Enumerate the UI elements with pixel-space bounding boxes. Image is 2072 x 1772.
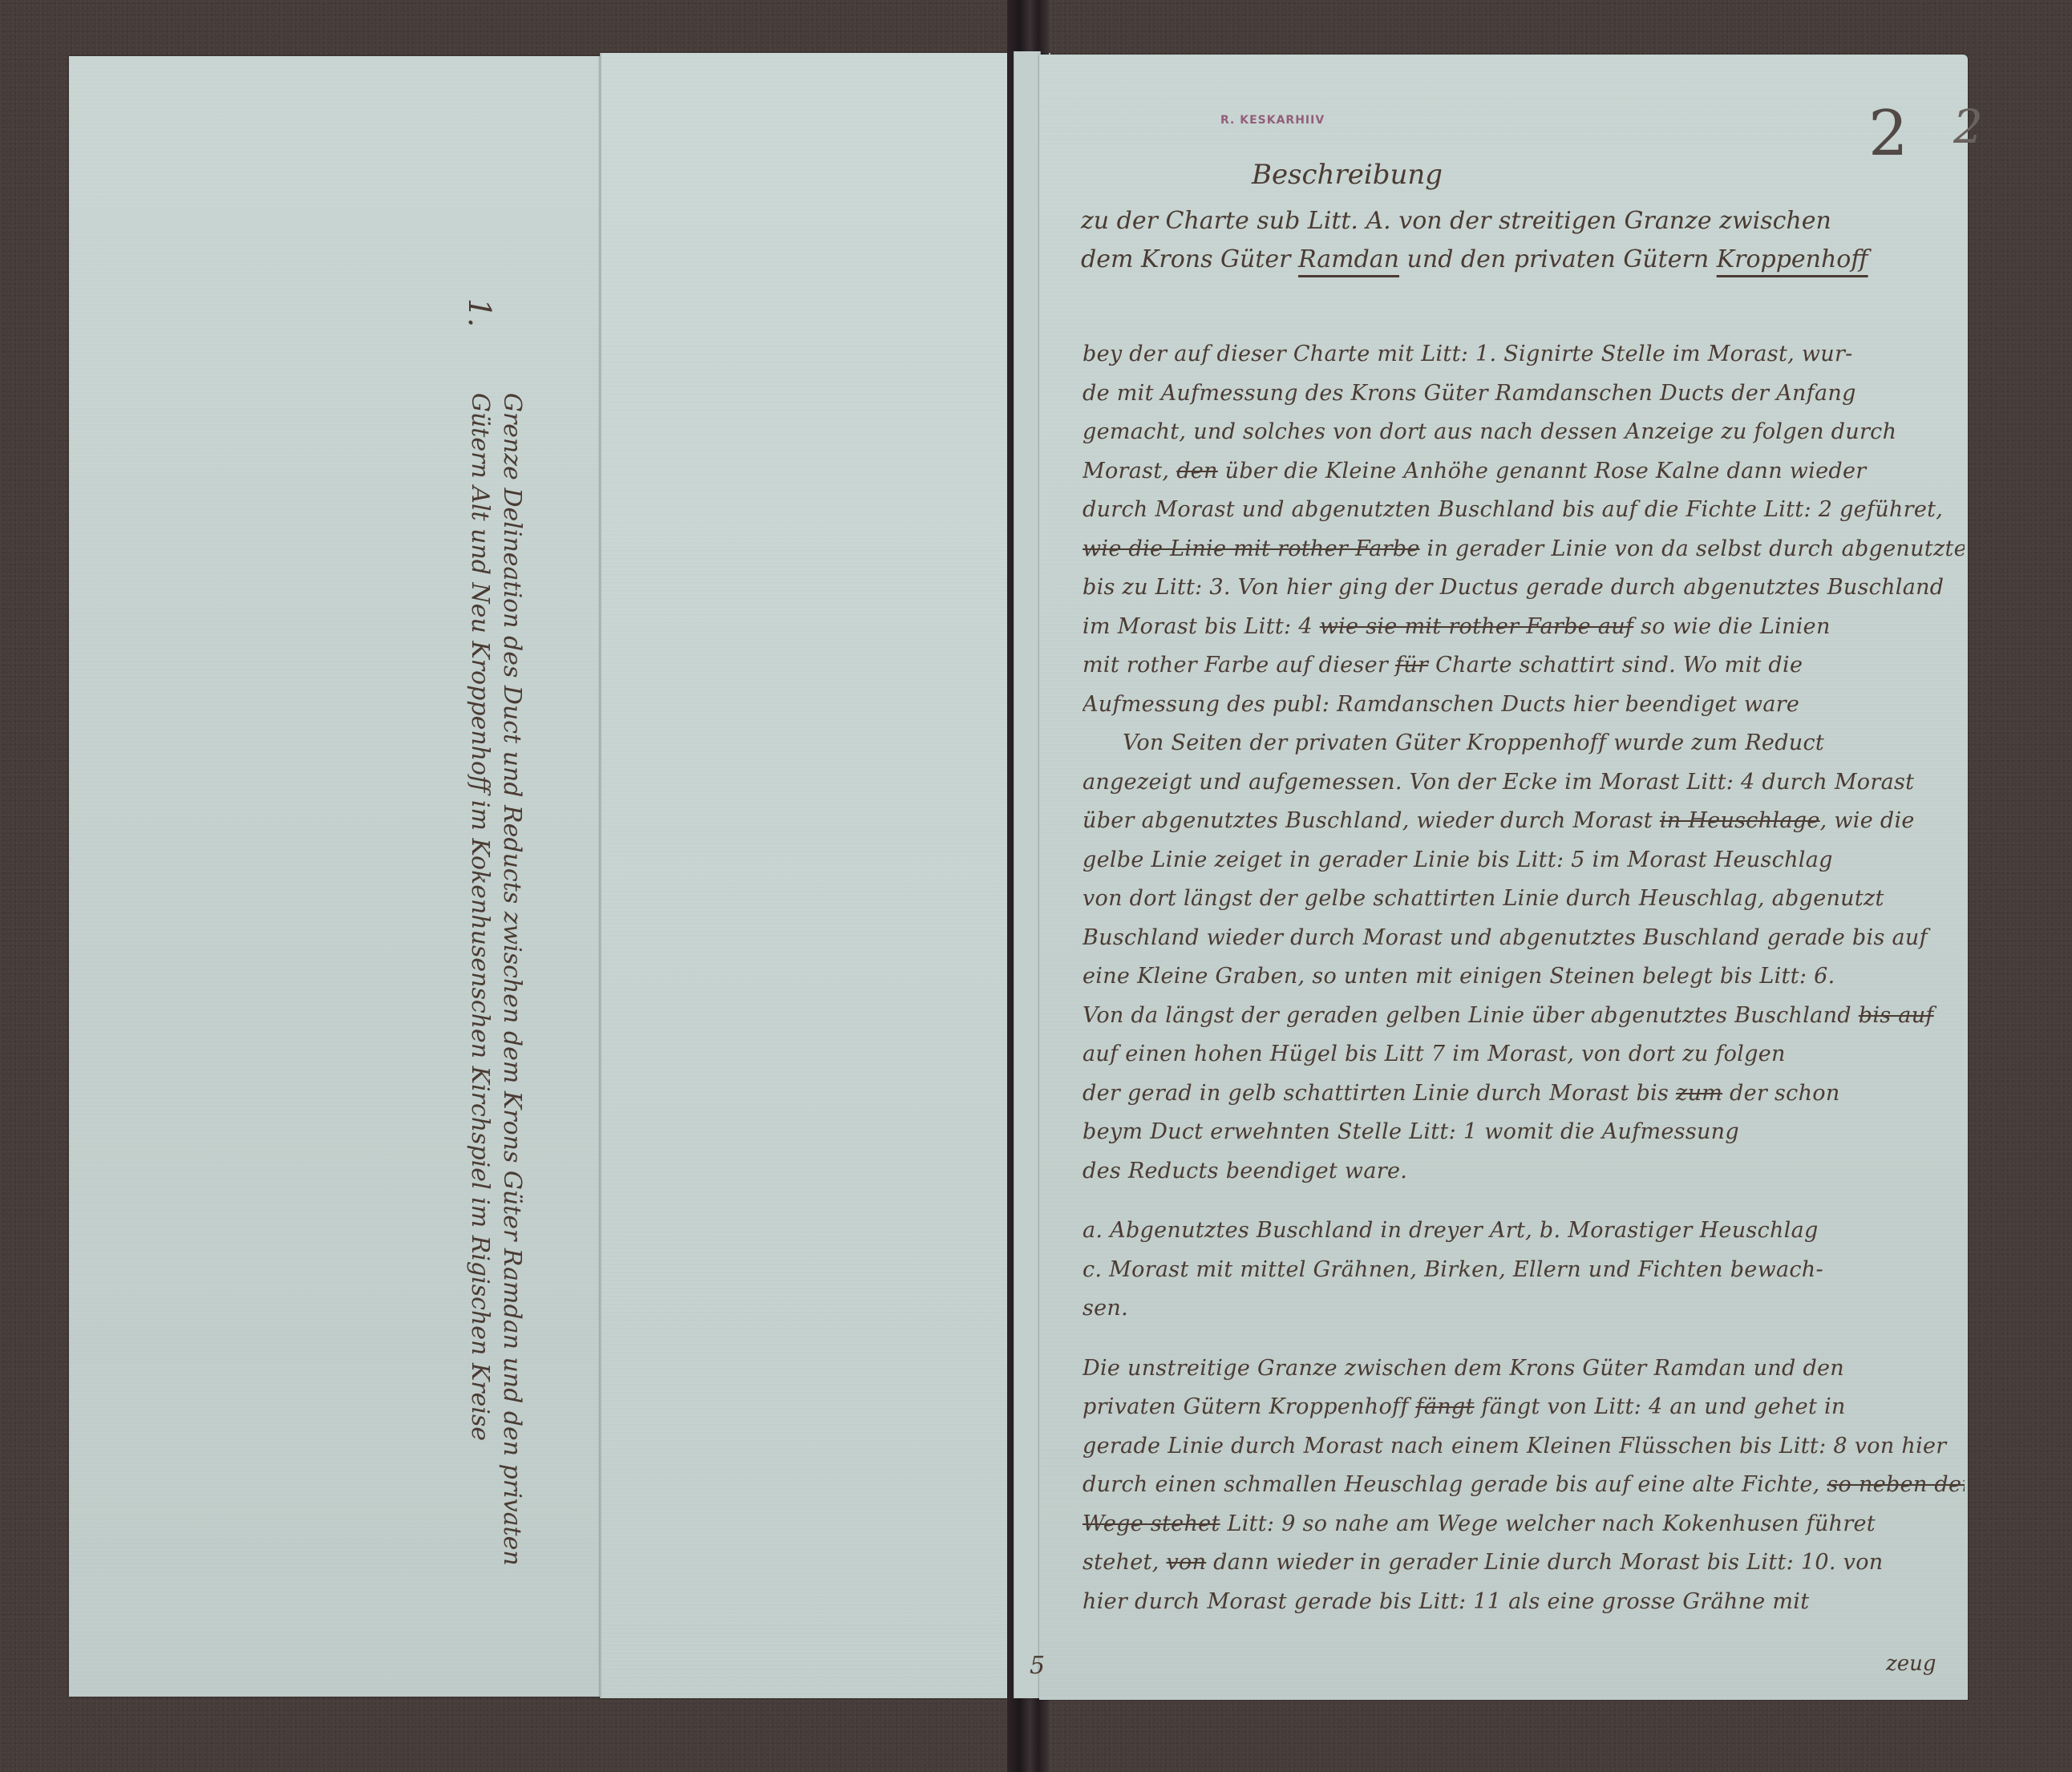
line-text: von dort längst der gelbe schattirten Li… xyxy=(1083,886,1884,911)
text-line: Morast, den über die Kleine Anhöhe genan… xyxy=(1083,452,1965,492)
catchword: zeug xyxy=(1886,1652,1936,1676)
struck-text: wie sie mit rother Farbe auf xyxy=(1320,614,1634,639)
text-line: a. Abgenutztes Buschland in dreyer Art, … xyxy=(1083,1212,1965,1251)
text-line: Von Seiten der privaten Güter Kroppenhof… xyxy=(1083,724,1965,763)
text-line: sen. xyxy=(1083,1289,1965,1329)
line-text: hier durch Morast gerade bis Litt: 11 al… xyxy=(1083,1589,1809,1614)
struck-text: bis auf xyxy=(1859,1003,1934,1028)
struck-text: so neben dem xyxy=(1827,1472,1965,1497)
line-text: sen. xyxy=(1083,1296,1128,1321)
line-text: gelbe Linie zeiget in gerader Linie bis … xyxy=(1083,848,1833,872)
text-line: über abgenutztes Buschland, wieder durch… xyxy=(1083,802,1965,841)
line-text: a. Abgenutztes Buschland in dreyer Art, … xyxy=(1083,1218,1819,1243)
text-line: bey der auf dieser Charte mit Litt: 1. S… xyxy=(1083,335,1965,374)
line-text: Morast, xyxy=(1083,459,1176,483)
text-line: durch einen schmallen Heuschlag gerade b… xyxy=(1083,1466,1965,1505)
line-text: Die unstreitige Granze zwischen dem Kron… xyxy=(1083,1356,1844,1381)
line-text: der schon xyxy=(1722,1081,1839,1106)
line-text: beym Duct erwehnten Stelle Litt: 1 womit… xyxy=(1083,1119,1739,1144)
line-text: durch einen schmallen Heuschlag gerade b… xyxy=(1083,1472,1827,1497)
line-text: mit rother Farbe auf dieser xyxy=(1083,653,1395,678)
subtitle-text: dem Krons Güter xyxy=(1081,245,1298,273)
subtitle-line-2: dem Krons Güter Ramdan und den privaten … xyxy=(1081,245,1963,273)
struck-text: Wege stehet xyxy=(1083,1511,1220,1536)
text-line: wie die Linie mit rother Farbe in gerade… xyxy=(1083,530,1965,569)
left-page-fold-panel xyxy=(600,53,1050,1698)
body-text: bey der auf dieser Charte mit Litt: 1. S… xyxy=(1083,335,1965,1621)
line-text: Buschland wieder durch Morast und abgenu… xyxy=(1083,925,1928,950)
text-line: gelbe Linie zeiget in gerader Linie bis … xyxy=(1083,841,1965,880)
archive-stamp: R. KESKARHIIV xyxy=(1220,114,1325,127)
page-mark: 5 xyxy=(1030,1652,1045,1680)
line-text: in gerader Linie von da selbst durch abg… xyxy=(1420,536,1965,561)
line-text: stehet, xyxy=(1083,1550,1166,1575)
struck-text: fängt xyxy=(1416,1394,1475,1419)
text-line: Aufmessung des publ: Ramdanschen Ducts h… xyxy=(1083,686,1965,725)
line-text: privaten Gütern Kroppenhoff xyxy=(1083,1394,1416,1419)
text-line: gerade Linie durch Morast nach einem Kle… xyxy=(1083,1427,1965,1467)
text-line: Wege stehet Litt: 9 so nahe am Wege welc… xyxy=(1083,1505,1965,1544)
subtitle-text: zu der Charte sub Litt. A. von der strei… xyxy=(1081,207,1831,235)
line-text: über abgenutztes Buschland, wieder durch… xyxy=(1083,808,1660,833)
docket-number: 1. xyxy=(462,298,497,327)
subtitle-line-1: zu der Charte sub Litt. A. von der strei… xyxy=(1081,207,1963,235)
line-text: gemacht, und solches von dort aus nach d… xyxy=(1083,419,1896,444)
struck-text: von xyxy=(1166,1550,1206,1575)
struck-text: zum xyxy=(1676,1081,1722,1106)
line-text: de mit Aufmessung des Krons Güter Ramdan… xyxy=(1083,381,1856,406)
line-text: über die Kleine Anhöhe genannt Rose Kaln… xyxy=(1218,459,1867,483)
line-text: Von da längst der geraden gelben Linie ü… xyxy=(1083,1003,1859,1028)
text-line: de mit Aufmessung des Krons Güter Ramdan… xyxy=(1083,374,1965,414)
line-text: so wie die Linien xyxy=(1633,614,1830,639)
text-line: Die unstreitige Granze zwischen dem Kron… xyxy=(1083,1349,1965,1389)
text-line: stehet, von dann wieder in gerader Linie… xyxy=(1083,1543,1965,1583)
line-text: gerade Linie durch Morast nach einem Kle… xyxy=(1083,1434,1947,1458)
struck-text: für xyxy=(1395,653,1428,678)
line-text: Charte schattirt sind. Wo mit die xyxy=(1428,653,1803,678)
text-line: auf einen hohen Hügel bis Litt 7 im Mora… xyxy=(1083,1035,1965,1074)
line-text: , wie die xyxy=(1820,808,1915,833)
line-text: auf einen hohen Hügel bis Litt 7 im Mora… xyxy=(1083,1042,1786,1066)
text-line: von dort längst der gelbe schattirten Li… xyxy=(1083,880,1965,919)
line-text: der gerad in gelb schattirten Linie durc… xyxy=(1083,1081,1676,1106)
folio-number: 2 xyxy=(1868,98,1908,170)
estate-name-ramdan: Ramdan xyxy=(1298,245,1399,273)
line-text: fängt von Litt: 4 an und gehet in xyxy=(1475,1394,1846,1419)
text-line: angezeigt und aufgemessen. Von der Ecke … xyxy=(1083,763,1965,803)
line-text: bey der auf dieser Charte mit Litt: 1. S… xyxy=(1083,342,1853,366)
line-text: angezeigt und aufgemessen. Von der Ecke … xyxy=(1083,770,1914,795)
text-line: Von da längst der geraden gelben Linie ü… xyxy=(1083,997,1965,1036)
line-text: im Morast bis Litt: 4 xyxy=(1083,614,1320,639)
text-line: bis zu Litt: 3. Von hier ging der Ductus… xyxy=(1083,568,1965,608)
docket-line-1: Grenze Delineation des Duct und Reducts … xyxy=(498,393,526,1566)
text-line: eine Kleine Graben, so unten mit einigen… xyxy=(1083,957,1965,997)
text-line: gemacht, und solches von dort aus nach d… xyxy=(1083,413,1965,452)
text-line: privaten Gütern Kroppenhoff fängt fängt … xyxy=(1083,1388,1965,1427)
text-line: mit rother Farbe auf dieser für Charte s… xyxy=(1083,646,1965,686)
text-line: des Reducts beendiget ware. xyxy=(1083,1152,1965,1191)
line-text: dann wieder in gerader Linie durch Moras… xyxy=(1206,1550,1883,1575)
text-line: durch Morast und abgenutzten Buschland b… xyxy=(1083,491,1965,530)
docket-line-2: Gütern Alt und Neu Kroppenhoff im Kokenh… xyxy=(466,393,494,1441)
folio-number-pencil: 2 xyxy=(1953,99,1983,154)
line-text: durch Morast und abgenutzten Buschland b… xyxy=(1083,497,1943,522)
text-line: im Morast bis Litt: 4 wie sie mit rother… xyxy=(1083,608,1965,647)
text-line: c. Morast mit mittel Grähnen, Birken, El… xyxy=(1083,1251,1965,1290)
line-text: des Reducts beendiget ware. xyxy=(1083,1159,1407,1183)
document-title: Beschreibung xyxy=(1187,159,1507,191)
line-text: eine Kleine Graben, so unten mit einigen… xyxy=(1083,964,1835,989)
subtitle-text: und den privaten Gütern xyxy=(1399,245,1717,273)
line-text: Aufmessung des publ: Ramdanschen Ducts h… xyxy=(1083,692,1799,717)
paragraph-gap xyxy=(1083,1191,1965,1212)
line-text: Litt: 9 so nahe am Wege welcher nach Kok… xyxy=(1220,1511,1876,1536)
text-line: der gerad in gelb schattirten Linie durc… xyxy=(1083,1074,1965,1114)
text-line: beym Duct erwehnten Stelle Litt: 1 womit… xyxy=(1083,1113,1965,1152)
struck-text: wie die Linie mit rother Farbe xyxy=(1083,536,1420,561)
text-line: hier durch Morast gerade bis Litt: 11 al… xyxy=(1083,1583,1965,1622)
paragraph-gap xyxy=(1083,1329,1965,1349)
estate-name-kroppenhoff: Kroppenhoff xyxy=(1717,245,1868,273)
line-text: Von Seiten der privaten Güter Kroppenhof… xyxy=(1123,730,1824,755)
line-text: bis zu Litt: 3. Von hier ging der Ductus… xyxy=(1083,575,1944,600)
struck-text: den xyxy=(1176,459,1218,483)
line-text: c. Morast mit mittel Grähnen, Birken, El… xyxy=(1083,1257,1823,1282)
center-fold xyxy=(1014,51,1041,1698)
struck-text: in Heuschlage xyxy=(1660,808,1820,833)
text-line: Buschland wieder durch Morast und abgenu… xyxy=(1083,919,1965,958)
